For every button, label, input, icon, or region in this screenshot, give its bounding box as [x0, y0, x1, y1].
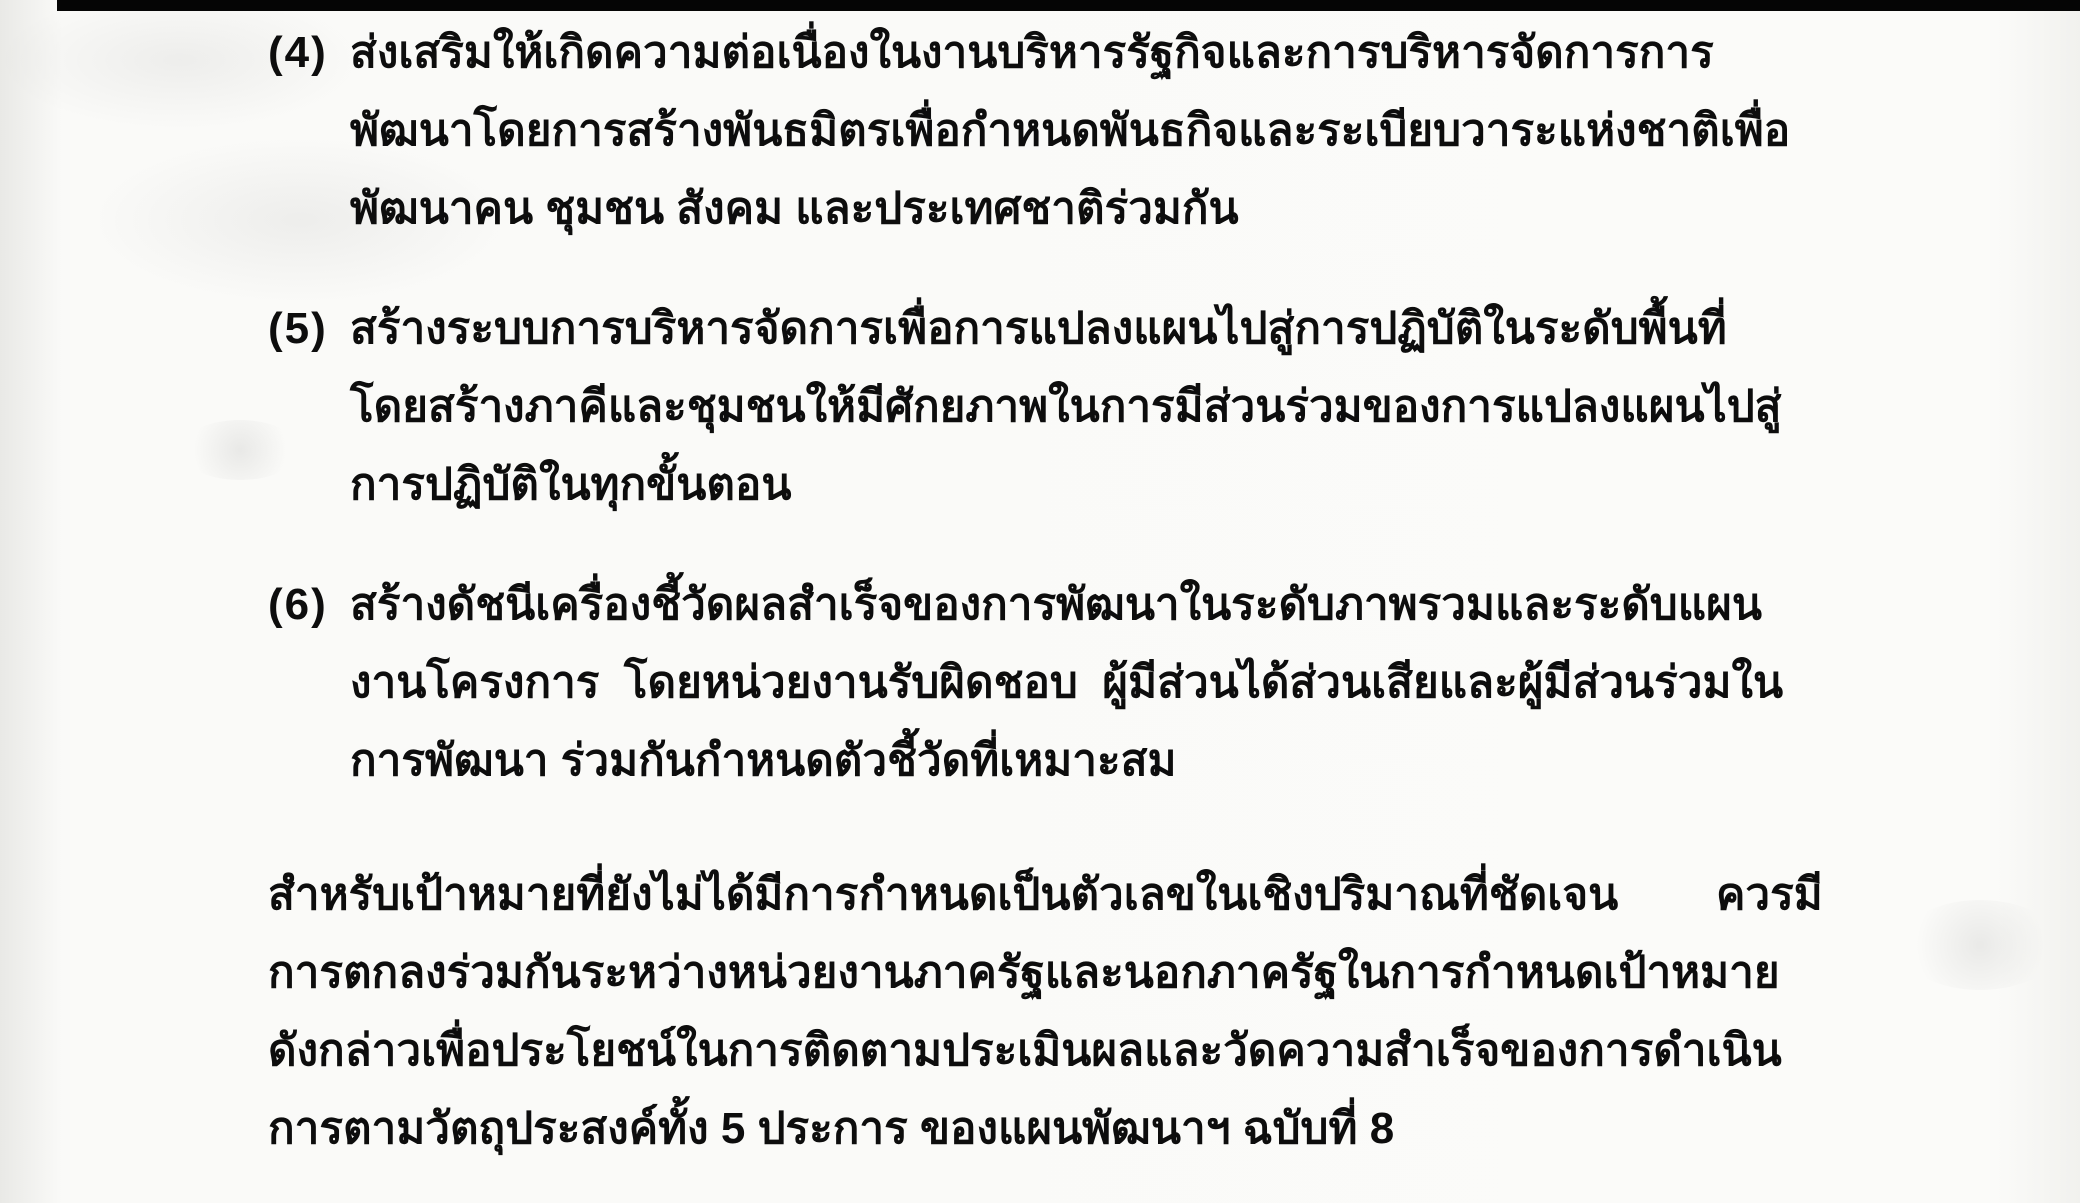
item-number: (5): [268, 290, 350, 368]
item-line: สร้างดัชนีเครื่องชี้วัดผลสำเร็จของการพัฒ…: [350, 566, 1828, 644]
item-number: (4): [268, 14, 350, 92]
item-line: การปฏิบัติในทุกขั้นตอน: [350, 446, 1828, 524]
closing-paragraph: สำหรับเป้าหมายที่ยังไม่ได้มีการกำหนดเป็น…: [268, 856, 1828, 1168]
item-number: (6): [268, 566, 350, 644]
list-item-6: (6) สร้างดัชนีเครื่องชี้วัดผลสำเร็จของกา…: [268, 566, 1828, 800]
document-body: (4) ส่งเสริมให้เกิดความต่อเนื่องในงานบริ…: [268, 14, 1828, 1168]
item-line: สร้างระบบการบริหารจัดการเพื่อการแปลงแผนไ…: [350, 290, 1828, 368]
item-text: สร้างดัชนีเครื่องชี้วัดผลสำเร็จของการพัฒ…: [350, 566, 1828, 800]
item-line: ส่งเสริมให้เกิดความต่อเนื่องในงานบริหารร…: [350, 14, 1828, 92]
item-line: งานโครงการ โดยหน่วยงานรับผิดชอบ ผู้มีส่ว…: [350, 644, 1828, 722]
list-item-4: (4) ส่งเสริมให้เกิดความต่อเนื่องในงานบริ…: [268, 14, 1828, 248]
scan-top-edge-artifact: [57, 0, 2080, 11]
scan-noise: [1900, 900, 2060, 990]
item-line: พัฒนาคน ชุมชน สังคม และประเทศชาติร่วมกัน: [350, 170, 1828, 248]
item-line: โดยสร้างภาคีและชุมชนให้มีศักยภาพในการมีส…: [350, 368, 1828, 446]
paragraph-line: การตามวัตถุประสงค์ทั้ง 5 ประการ ของแผนพั…: [268, 1090, 1828, 1168]
item-text: ส่งเสริมให้เกิดความต่อเนื่องในงานบริหารร…: [350, 14, 1828, 248]
paragraph-line: การตกลงร่วมกันระหว่างหน่วยงานภาครัฐและนอ…: [268, 934, 1828, 1012]
item-line: การพัฒนา ร่วมกันกำหนดตัวชี้วัดที่เหมาะสม: [350, 722, 1828, 800]
scanned-document-page: (4) ส่งเสริมให้เกิดความต่อเนื่องในงานบริ…: [0, 0, 2080, 1203]
paragraph-line: สำหรับเป้าหมายที่ยังไม่ได้มีการกำหนดเป็น…: [268, 856, 1828, 934]
item-text: สร้างระบบการบริหารจัดการเพื่อการแปลงแผนไ…: [350, 290, 1828, 524]
item-line: พัฒนาโดยการสร้างพันธมิตรเพื่อกำหนดพันธกิ…: [350, 92, 1828, 170]
paragraph-line: ดังกล่าวเพื่อประโยชน์ในการติดตามประเมินผ…: [268, 1012, 1828, 1090]
list-item-5: (5) สร้างระบบการบริหารจัดการเพื่อการแปลง…: [268, 290, 1828, 524]
